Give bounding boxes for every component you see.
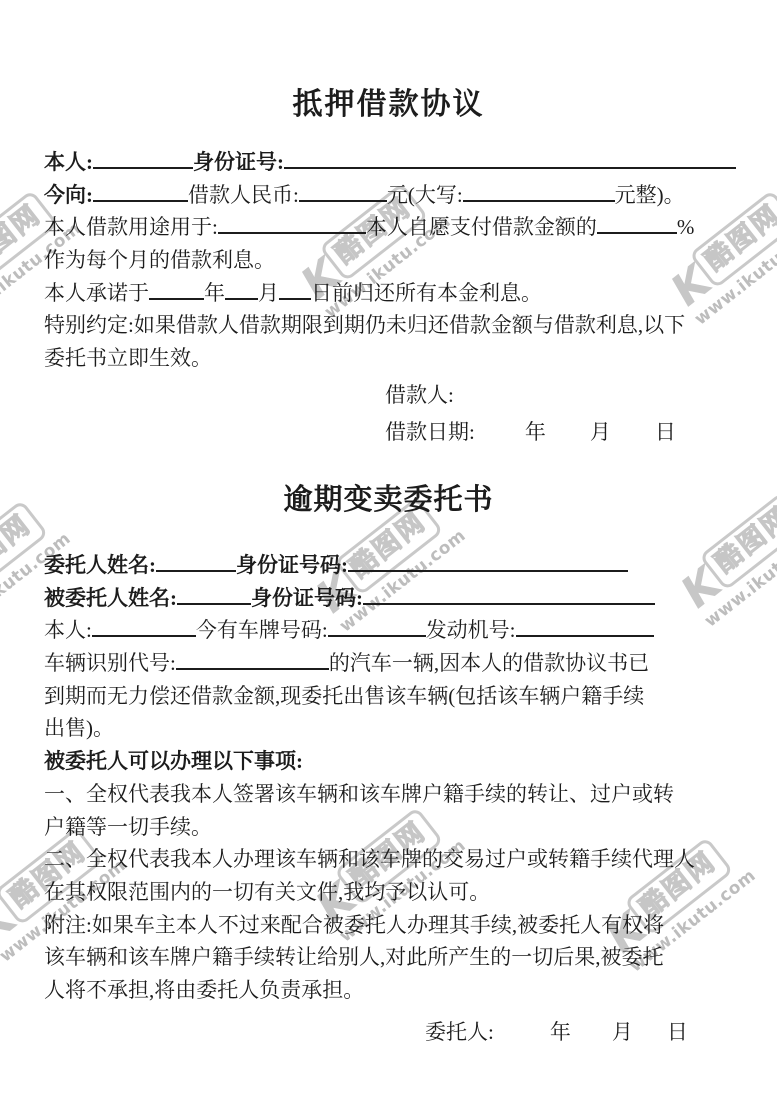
text-segment: 附注:如果车主本人不过来配合被委托人办理其手续,被委托人有权将 — [44, 909, 664, 939]
blank-field — [363, 602, 655, 605]
blank-field — [516, 634, 654, 637]
doc1-signature-block: 借款人:借款日期:年月日 — [385, 379, 676, 452]
text-segment: 作为每个月的借款利息。 — [44, 244, 275, 274]
document-line: 二、全权代表我本人办理该车辆和该车牌的交易过户或转籍手续代理人 — [44, 843, 736, 876]
blank-field — [597, 231, 677, 234]
document-line: 户籍等一切手续。 — [44, 811, 736, 844]
document-line: 人将不承担,将由委托人负责承担。 — [44, 974, 736, 1007]
blank-field — [93, 166, 193, 169]
text-segment: 元整)。 — [615, 179, 685, 209]
text-segment: % — [677, 215, 695, 240]
doc2-title: 逾期变卖委托书 — [0, 477, 777, 518]
document-line: 今向:借款人民币:元(大写:元整)。 — [44, 179, 736, 212]
text-segment: 在其权限范围内的一切有关文件,我均予以认可。 — [44, 876, 490, 906]
text-segment: 该车辆和该车牌户籍手续转让给别人,对此所产生的一切后果,被委托 — [44, 941, 664, 971]
document-line: 到期而无力偿还借款金额,现委托出售该车辆(包括该车辆户籍手续 — [44, 680, 736, 713]
text-segment: 被委托人姓名: — [44, 582, 177, 612]
document-line: 作为每个月的借款利息。 — [44, 244, 736, 277]
blank-field — [149, 297, 204, 300]
text-segment: 本人承诺于 — [44, 277, 149, 307]
text-segment: 身份证号: — [193, 146, 284, 176]
text-segment: 户籍等一切手续。 — [44, 811, 212, 841]
text-segment: 发动机号: — [426, 614, 516, 644]
text-segment: 被委托人可以办理以下事项: — [44, 745, 303, 775]
doc1-body: 本人:身份证号:今向:借款人民币:元(大写:元整)。本人借款用途用于:本人自愿支… — [44, 146, 736, 375]
blank-field — [284, 166, 736, 169]
text-segment: 身份证号码: — [251, 582, 363, 612]
text-segment: 到期而无力偿还借款金额,现委托出售该车辆(包括该车辆户籍手续 — [44, 680, 644, 710]
text-segment: 本人自愿支付借款金额的 — [366, 211, 597, 241]
blank-field — [176, 667, 329, 670]
text-segment: 日前归还所有本金利息。 — [311, 277, 542, 307]
document-line: 委托人姓名:身份证号码: — [44, 549, 736, 582]
text-segment: 车辆识别代号: — [44, 647, 176, 677]
document-line: 特别约定:如果借款人借款期限到期仍未归还借款金额与借款利息,以下 — [44, 309, 736, 342]
text-segment: 年 — [204, 277, 225, 307]
text-segment: 日 — [667, 1016, 688, 1046]
text-segment: 本人: — [44, 614, 92, 644]
text-segment: 本人: — [44, 146, 93, 176]
text-segment: 身份证号码: — [236, 549, 348, 579]
text-segment: 今有车牌号码: — [196, 614, 328, 644]
document-line: 被委托人姓名:身份证号码: — [44, 582, 736, 615]
document-line: 被委托人可以办理以下事项: — [44, 745, 736, 778]
document-line: 借款日期:年月日 — [385, 416, 676, 453]
text-segment: 一、全权代表我本人签署该车辆和该车牌户籍手续的转让、过户或转 — [44, 778, 674, 808]
text-segment: 月 — [590, 416, 611, 446]
document-line: 本人承诺于年月日前归还所有本金利息。 — [44, 277, 736, 310]
blank-field — [218, 231, 366, 234]
text-segment: 委托人: — [425, 1016, 494, 1046]
text-segment: 月 — [258, 277, 279, 307]
blank-field — [279, 297, 311, 300]
scanned-document-page: K酷图网www.ikutu.comK酷图网www.ikutu.comK酷图网ww… — [0, 0, 777, 1099]
document-line: 一、全权代表我本人签署该车辆和该车牌户籍手续的转让、过户或转 — [44, 778, 736, 811]
text-segment: 日 — [655, 416, 676, 446]
text-segment: 委托人姓名: — [44, 549, 156, 579]
text-segment: 二、全权代表我本人办理该车辆和该车牌的交易过户或转籍手续代理人 — [44, 843, 695, 873]
text-segment: 今向: — [44, 179, 93, 209]
text-segment: 借款人民币: — [188, 179, 299, 209]
text-segment: 借款人: — [385, 379, 454, 409]
document-line: 本人:身份证号: — [44, 146, 736, 179]
blank-field — [225, 297, 258, 300]
document-line: 出售)。 — [44, 712, 736, 745]
blank-field — [348, 569, 628, 572]
blank-field — [463, 199, 615, 202]
doc1-title: 抵押借款协议 — [0, 79, 777, 123]
document-line: 附注:如果车主本人不过来配合被委托人办理其手续,被委托人有权将 — [44, 909, 736, 942]
document-line: 委托书立即生效。 — [44, 342, 736, 375]
blank-field — [92, 634, 196, 637]
blank-field — [93, 199, 188, 202]
text-segment: 出售)。 — [44, 712, 114, 742]
text-segment: 本人借款用途用于: — [44, 211, 218, 241]
blank-field — [328, 634, 426, 637]
text-segment: 的汽车一辆,因本人的借款协议书已 — [329, 647, 649, 677]
blank-field — [177, 602, 251, 605]
doc2-body: 委托人姓名:身份证号码:被委托人姓名:身份证号码:本人:今有车牌号码:发动机号:… — [44, 549, 736, 1007]
document-line: 在其权限范围内的一切有关文件,我均予以认可。 — [44, 876, 736, 909]
text-segment: 特别约定:如果借款人借款期限到期仍未归还借款金额与借款利息,以下 — [44, 309, 685, 339]
text-segment: 年 — [525, 416, 546, 446]
ikutu-k-icon: K — [0, 894, 21, 953]
document-line: 借款人: — [385, 379, 676, 416]
blank-field — [299, 199, 387, 202]
text-segment: 年 — [550, 1016, 571, 1046]
document-line: 该车辆和该车牌户籍手续转让给别人,对此所产生的一切后果,被委托 — [44, 941, 736, 974]
document-line: 委托人:年月日 — [425, 1016, 688, 1053]
text-segment: 借款日期: — [385, 416, 475, 446]
text-segment: 月 — [612, 1016, 633, 1046]
blank-field — [156, 569, 236, 572]
text-segment: 人将不承担,将由委托人负责承担。 — [44, 974, 364, 1004]
document-line: 本人借款用途用于:本人自愿支付借款金额的% — [44, 211, 736, 244]
document-line: 车辆识别代号:的汽车一辆,因本人的借款协议书已 — [44, 647, 736, 680]
doc2-signature-block: 委托人:年月日 — [425, 1016, 688, 1053]
document-line: 本人:今有车牌号码:发动机号: — [44, 614, 736, 647]
text-segment: 元(大写: — [387, 179, 463, 209]
text-segment: 委托书立即生效。 — [44, 342, 212, 372]
